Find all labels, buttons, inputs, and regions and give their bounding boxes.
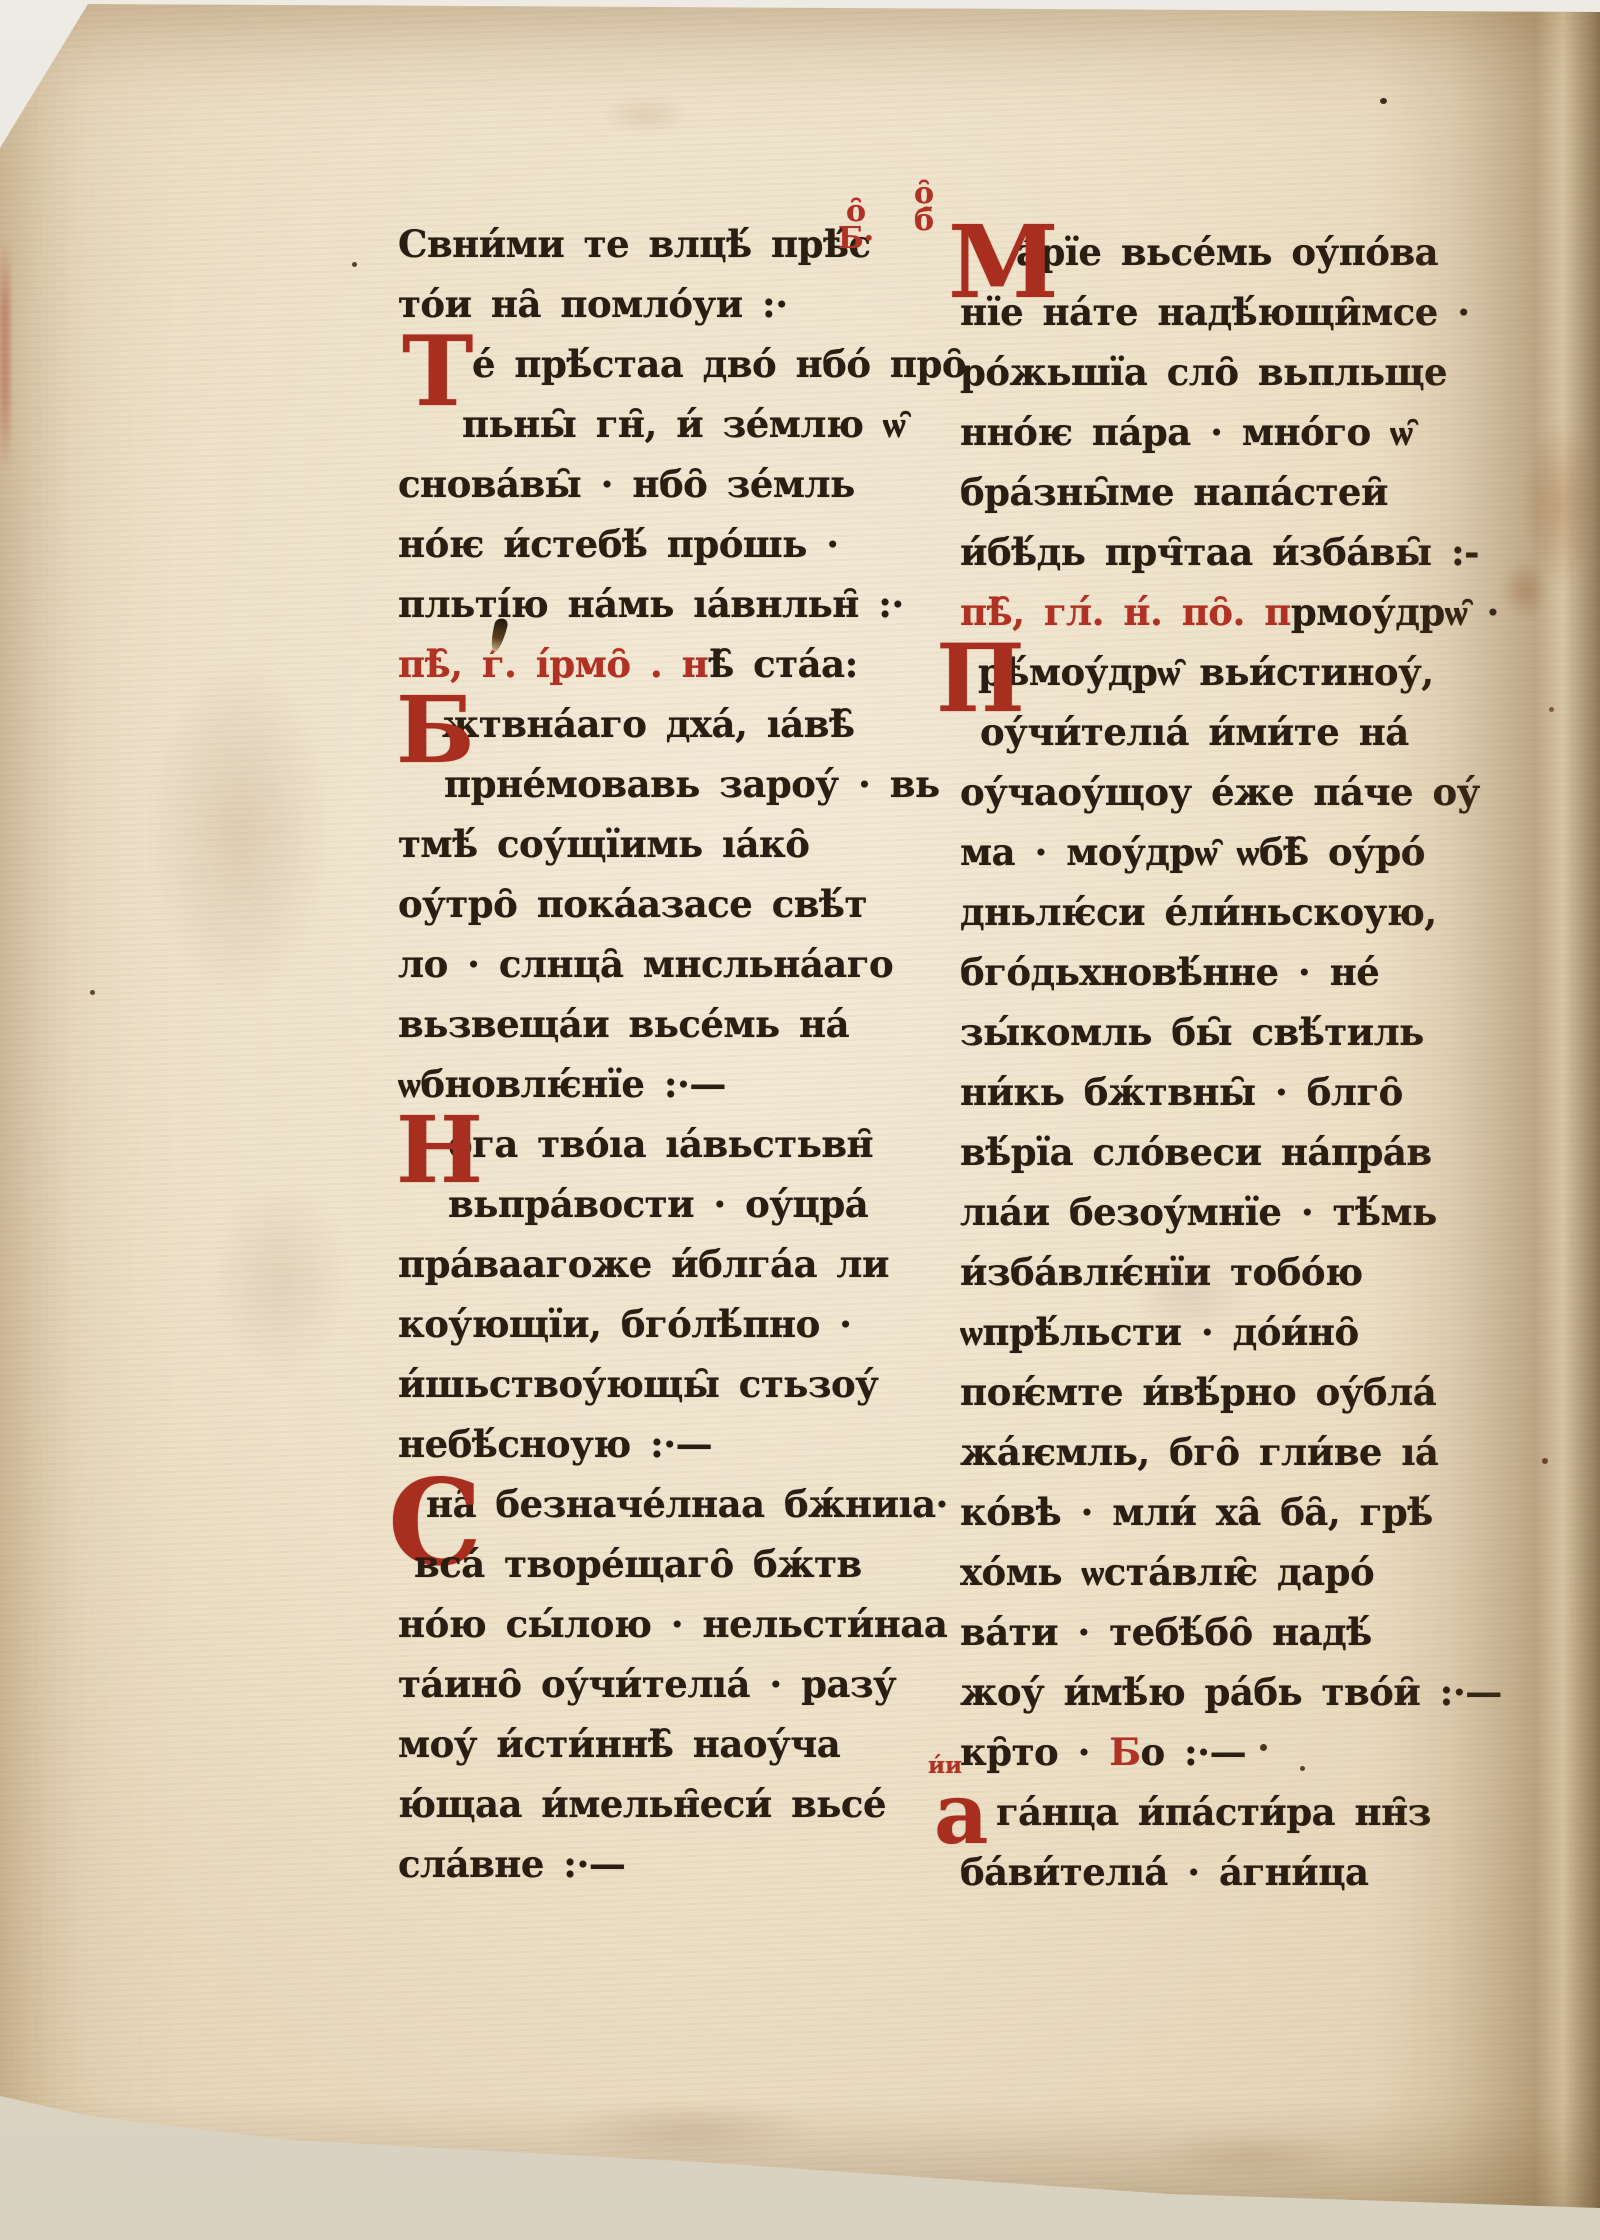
text-line: ко́вѣ · мли́ ха̑ ба̑, грѣ́ xyxy=(960,1482,1545,1542)
text-line: прне́мовавь зароу́ · вь xyxy=(398,754,923,814)
text-line: Ма́рїе вьсе́мь оу́по́ва xyxy=(960,222,1545,282)
body-text: нїе на́те надѣ́ющи̑мсе · xyxy=(960,290,1470,334)
body-text: а́рїе вьсе́мь оу́по́ва xyxy=(1016,230,1438,274)
body-text: зы́комль бы̑ свѣ́тиль xyxy=(960,1010,1424,1054)
body-text: ло · слнца̑ мнсльна́аго xyxy=(398,942,893,986)
marginal-text: Б· xyxy=(838,225,874,252)
text-line: пльті́ю на́мь ıа́внльн̑ :· xyxy=(398,574,923,634)
body-text: но́ю сы́лою · нельсти́наа xyxy=(398,1602,947,1646)
body-text: поѥ́мте и́вѣ́рно оу́бла́ xyxy=(960,1370,1436,1414)
ink-speck xyxy=(90,990,95,995)
body-text: га́нца и́па́сти́ра нн̑з xyxy=(996,1790,1431,1834)
body-text: бго́дьхновѣ́нне · не́ xyxy=(960,950,1379,994)
text-line: оу́тро̑ пока́азасе свѣ́т xyxy=(398,874,923,934)
body-text: оу́тро̑ пока́азасе свѣ́т xyxy=(398,882,867,926)
text-line: Сна̑ безначе́лнаа бж́ниıа· xyxy=(398,1474,923,1534)
body-text: ни́кь бж́твны̑ · блго̑ xyxy=(960,1070,1403,1114)
body-text: вса́ творе́щаго̑ бж́тв xyxy=(414,1542,862,1586)
text-line: Те́ прѣ́стаа дво́ нбо́ про̑ xyxy=(398,334,923,394)
text-line: пра́ваагоже и́блга́а ли xyxy=(398,1234,923,1294)
body-text: та́ино̑ оу́чи́телıа́ · разу́ xyxy=(398,1662,896,1706)
ink-bleed-ghost xyxy=(210,1180,350,1380)
stain xyxy=(1150,2130,1350,2180)
text-line: сла́вне :·— xyxy=(398,1834,923,1894)
text-line: оу́чаоу́щоу е́же па́че оу́ xyxy=(960,762,1545,822)
body-text: рѣ́моу́дрѡ̑ вьи́стиноу́, xyxy=(978,650,1434,694)
body-text: жа́ѥмль, бго̑ гли́ве ıа́ xyxy=(960,1430,1438,1474)
ink-speck xyxy=(1549,707,1554,712)
body-text: о :·— xyxy=(1140,1730,1246,1774)
rubric-text: Б xyxy=(1109,1730,1140,1774)
bogorodichen-mark-right: о̑б̑ xyxy=(914,180,934,234)
body-text: бра́зны̑ме напа́стеи̑ xyxy=(960,470,1388,514)
text-line: и́зба́влѥ́нїи тобо́ю xyxy=(960,1242,1545,1302)
ink-bleed-ghost xyxy=(150,660,330,1000)
text-line: но́ю сы́лою · нельсти́наа xyxy=(398,1594,923,1654)
text-line: то́и на̑ помло́уи :· xyxy=(398,274,923,334)
body-text: е́ прѣ́стаа дво́ нбо́ про̑ xyxy=(472,342,966,386)
text-line: и́бѣ́дь прч̑таа и́зба́вы̑ :- xyxy=(960,522,1545,582)
text-line: жа́ѥмль, бго̑ гли́ве ıа́ xyxy=(960,1422,1545,1482)
bogorodichen-mark-left: о̑Б· xyxy=(838,198,874,252)
body-text: на̑ безначе́лнаа бж́ниıа· xyxy=(426,1482,948,1526)
manuscript-page: Свни́ми те влцѣ́ прѣ́сто́и на̑ помло́уи … xyxy=(0,0,1600,2240)
body-text: и́бѣ́дь прч̑таа и́зба́вы̑ :- xyxy=(960,530,1479,574)
body-text: сла́вне :·— xyxy=(398,1842,625,1886)
text-line: ага́нца и́па́сти́ра нн̑з xyxy=(960,1782,1545,1842)
text-line: зы́комль бы̑ свѣ́тиль xyxy=(960,1002,1545,1062)
body-text: оу́чи́телıа́ и́ми́те на́ xyxy=(980,710,1409,754)
binding-red-edge xyxy=(0,240,10,470)
stain xyxy=(600,95,690,135)
text-line: Но́га тво́ıа ıа́вьстьвн̑ xyxy=(398,1114,923,1174)
body-text: коу́ющїи, бго́лѣ́пно · xyxy=(398,1302,852,1346)
text-line: ба́ви́телıа́ · а́гни́ца xyxy=(960,1842,1545,1902)
body-text: вѣ́рїа сло́веси на́пра́в xyxy=(960,1130,1432,1174)
body-text: ро́жьшїа сло̑ вьпльще xyxy=(960,350,1447,394)
text-line: нно́ѥ па́ра · мно́го ѡ̑ xyxy=(960,402,1545,462)
ink-speck xyxy=(1380,98,1387,104)
text-line: ро́жьшїа сло̑ вьпльще xyxy=(960,342,1545,402)
text-line: нїе на́те надѣ́ющи̑мсе · xyxy=(960,282,1545,342)
body-text: ко́вѣ · мли́ ха̑ ба̑, грѣ́ xyxy=(960,1490,1433,1534)
body-text: и́шьствоу́ющы̑ стьзоу́ xyxy=(398,1362,878,1406)
text-line: тмѣ́ соу́щїимь ıа́ко̑ xyxy=(398,814,923,874)
page-bottom-shadow xyxy=(0,2100,1600,2240)
text-line: оу́чи́телıа́ и́ми́те на́ xyxy=(960,702,1545,762)
body-text: лıа́и безоу́мнїе · тѣ́мь xyxy=(960,1190,1437,1234)
text-line: хо́мь ѡста́влѥ̑ даро́ xyxy=(960,1542,1545,1602)
body-text: нно́ѥ па́ра · мно́го ѡ̑ xyxy=(960,410,1412,454)
text-line: дньлѥ́си е́ли́ньскоую, xyxy=(960,882,1545,942)
text-line: пѣ̑, гл́. н́. по̑. прмоу́дрѡ̑ · xyxy=(960,582,1545,642)
body-text: жоу́ и́мѣ́ю ра́бь тво́и̑ :·— xyxy=(960,1670,1502,1714)
text-line: ѡпрѣ́льсти · до́и́но̑ xyxy=(960,1302,1545,1362)
body-text: пра́ваагоже и́блга́а ли xyxy=(398,1242,889,1286)
body-text: хо́мь ѡста́влѥ̑ даро́ xyxy=(960,1550,1374,1594)
stain xyxy=(560,2100,820,2160)
marginal-text: б̑ xyxy=(914,207,934,234)
body-text: ба́ви́телıа́ · а́гни́ца xyxy=(960,1850,1369,1894)
body-text: ѣ̑ ста́а: xyxy=(708,642,857,686)
body-text: но́ѥ и́стебѣ́ про́шь · xyxy=(398,522,839,566)
text-line: кр̑то · Бо :·— xyxy=(960,1722,1545,1782)
body-text: ва́ти · тебѣ́бо̑ надѣ́ xyxy=(960,1610,1372,1654)
text-line: вьзвеща́и вьсе́мь на́ xyxy=(398,994,923,1054)
text-line: ма · моу́дрѡ̑ ѡбѣ̑ оу́ро́ xyxy=(960,822,1545,882)
body-text: Свни́ми те влцѣ́ прѣ́с xyxy=(398,222,871,266)
text-line: пьны̑ гн̑, и́ зе́млю ѡ̑ xyxy=(398,394,923,454)
text-line: лıа́и безоу́мнїе · тѣ́мь xyxy=(960,1182,1545,1242)
body-text: снова́вы̑ · нбо̑ зе́мль xyxy=(398,462,855,506)
body-text: дньлѥ́си е́ли́ньскоую, xyxy=(960,890,1437,934)
body-text: прне́мовавь зароу́ · вь xyxy=(444,762,940,806)
text-line: но́ѥ и́стебѣ́ про́шь · xyxy=(398,514,923,574)
text-line: бра́зны̑ме напа́стеи̑ xyxy=(960,462,1545,522)
text-line: поѥ́мте и́вѣ́рно оу́бла́ xyxy=(960,1362,1545,1422)
body-text: тмѣ́ соу́щїимь ıа́ко̑ xyxy=(398,822,809,866)
body-text: ѡпрѣ́льсти · до́и́но̑ xyxy=(960,1310,1359,1354)
text-line: вса́ творе́щаго̑ бж́тв xyxy=(398,1534,923,1594)
text-line: ни́кь бж́твны̑ · блго̑ xyxy=(960,1062,1545,1122)
body-text: вьзвеща́и вьсе́мь на́ xyxy=(398,1002,849,1046)
text-line: бго́дьхновѣ́нне · не́ xyxy=(960,942,1545,1002)
body-text: жтвна́аго дха́, ıа́вѣ̑ xyxy=(442,702,854,746)
body-text: пьны̑ гн̑, и́ зе́млю ѡ̑ xyxy=(462,402,905,446)
text-line: та́ино̑ оу́чи́телıа́ · разу́ xyxy=(398,1654,923,1714)
text-line: ю́щаа и́мельн̑еси́ вьсе́ xyxy=(398,1774,923,1834)
text-line: Прѣ́моу́дрѡ̑ вьи́стиноу́, xyxy=(960,642,1545,702)
text-column-right: Ма́рїе вьсе́мь оу́по́ванїе на́те надѣ́ющ… xyxy=(960,222,1545,1902)
body-text: оу́чаоу́щоу е́же па́че оу́ xyxy=(960,770,1480,814)
body-text: ма · моу́дрѡ̑ ѡбѣ̑ оу́ро́ xyxy=(960,830,1425,874)
text-column-left: Свни́ми те влцѣ́ прѣ́сто́и на̑ помло́уи … xyxy=(398,214,923,1894)
text-line: Бжтвна́аго дха́, ıа́вѣ̑ xyxy=(398,694,923,754)
text-line: моу́ и́сти́ннѣ̑ наоу́ча xyxy=(398,1714,923,1774)
text-line: коу́ющїи, бго́лѣ́пно · xyxy=(398,1294,923,1354)
body-text: пльті́ю на́мь ıа́внльн̑ :· xyxy=(398,582,904,626)
red-ii-mark: и́и xyxy=(928,1756,962,1776)
body-text: рмоу́дрѡ̑ · xyxy=(1291,590,1499,634)
body-text: вьпра́вости · оу́цра́ xyxy=(448,1182,868,1226)
text-line: вѣ́рїа сло́веси на́пра́в xyxy=(960,1122,1545,1182)
text-line: вьпра́вости · оу́цра́ xyxy=(398,1174,923,1234)
photo-stage: Свни́ми те влцѣ́ прѣ́сто́и на̑ помло́уи … xyxy=(0,0,1600,2240)
body-text: ю́щаа и́мельн̑еси́ вьсе́ xyxy=(398,1782,886,1826)
text-line: снова́вы̑ · нбо̑ зе́мль xyxy=(398,454,923,514)
body-text: о́га тво́ıа ıа́вьстьвн̑ xyxy=(448,1122,873,1166)
text-line: ва́ти · тебѣ́бо̑ надѣ́ xyxy=(960,1602,1545,1662)
ink-speck xyxy=(352,262,357,267)
text-line: и́шьствоу́ющы̑ стьзоу́ xyxy=(398,1354,923,1414)
marginal-text: и́и xyxy=(928,1756,962,1776)
text-line: пѣ̑, ѓ. і́рмо̑ . нѣ̑ ста́а: xyxy=(398,634,923,694)
text-line: жоу́ и́мѣ́ю ра́бь тво́и̑ :·— xyxy=(960,1662,1545,1722)
body-text: и́зба́влѥ́нїи тобо́ю xyxy=(960,1250,1363,1294)
body-text: моу́ и́сти́ннѣ̑ наоу́ча xyxy=(398,1722,840,1766)
text-line: ло · слнца̑ мнсльна́аго xyxy=(398,934,923,994)
